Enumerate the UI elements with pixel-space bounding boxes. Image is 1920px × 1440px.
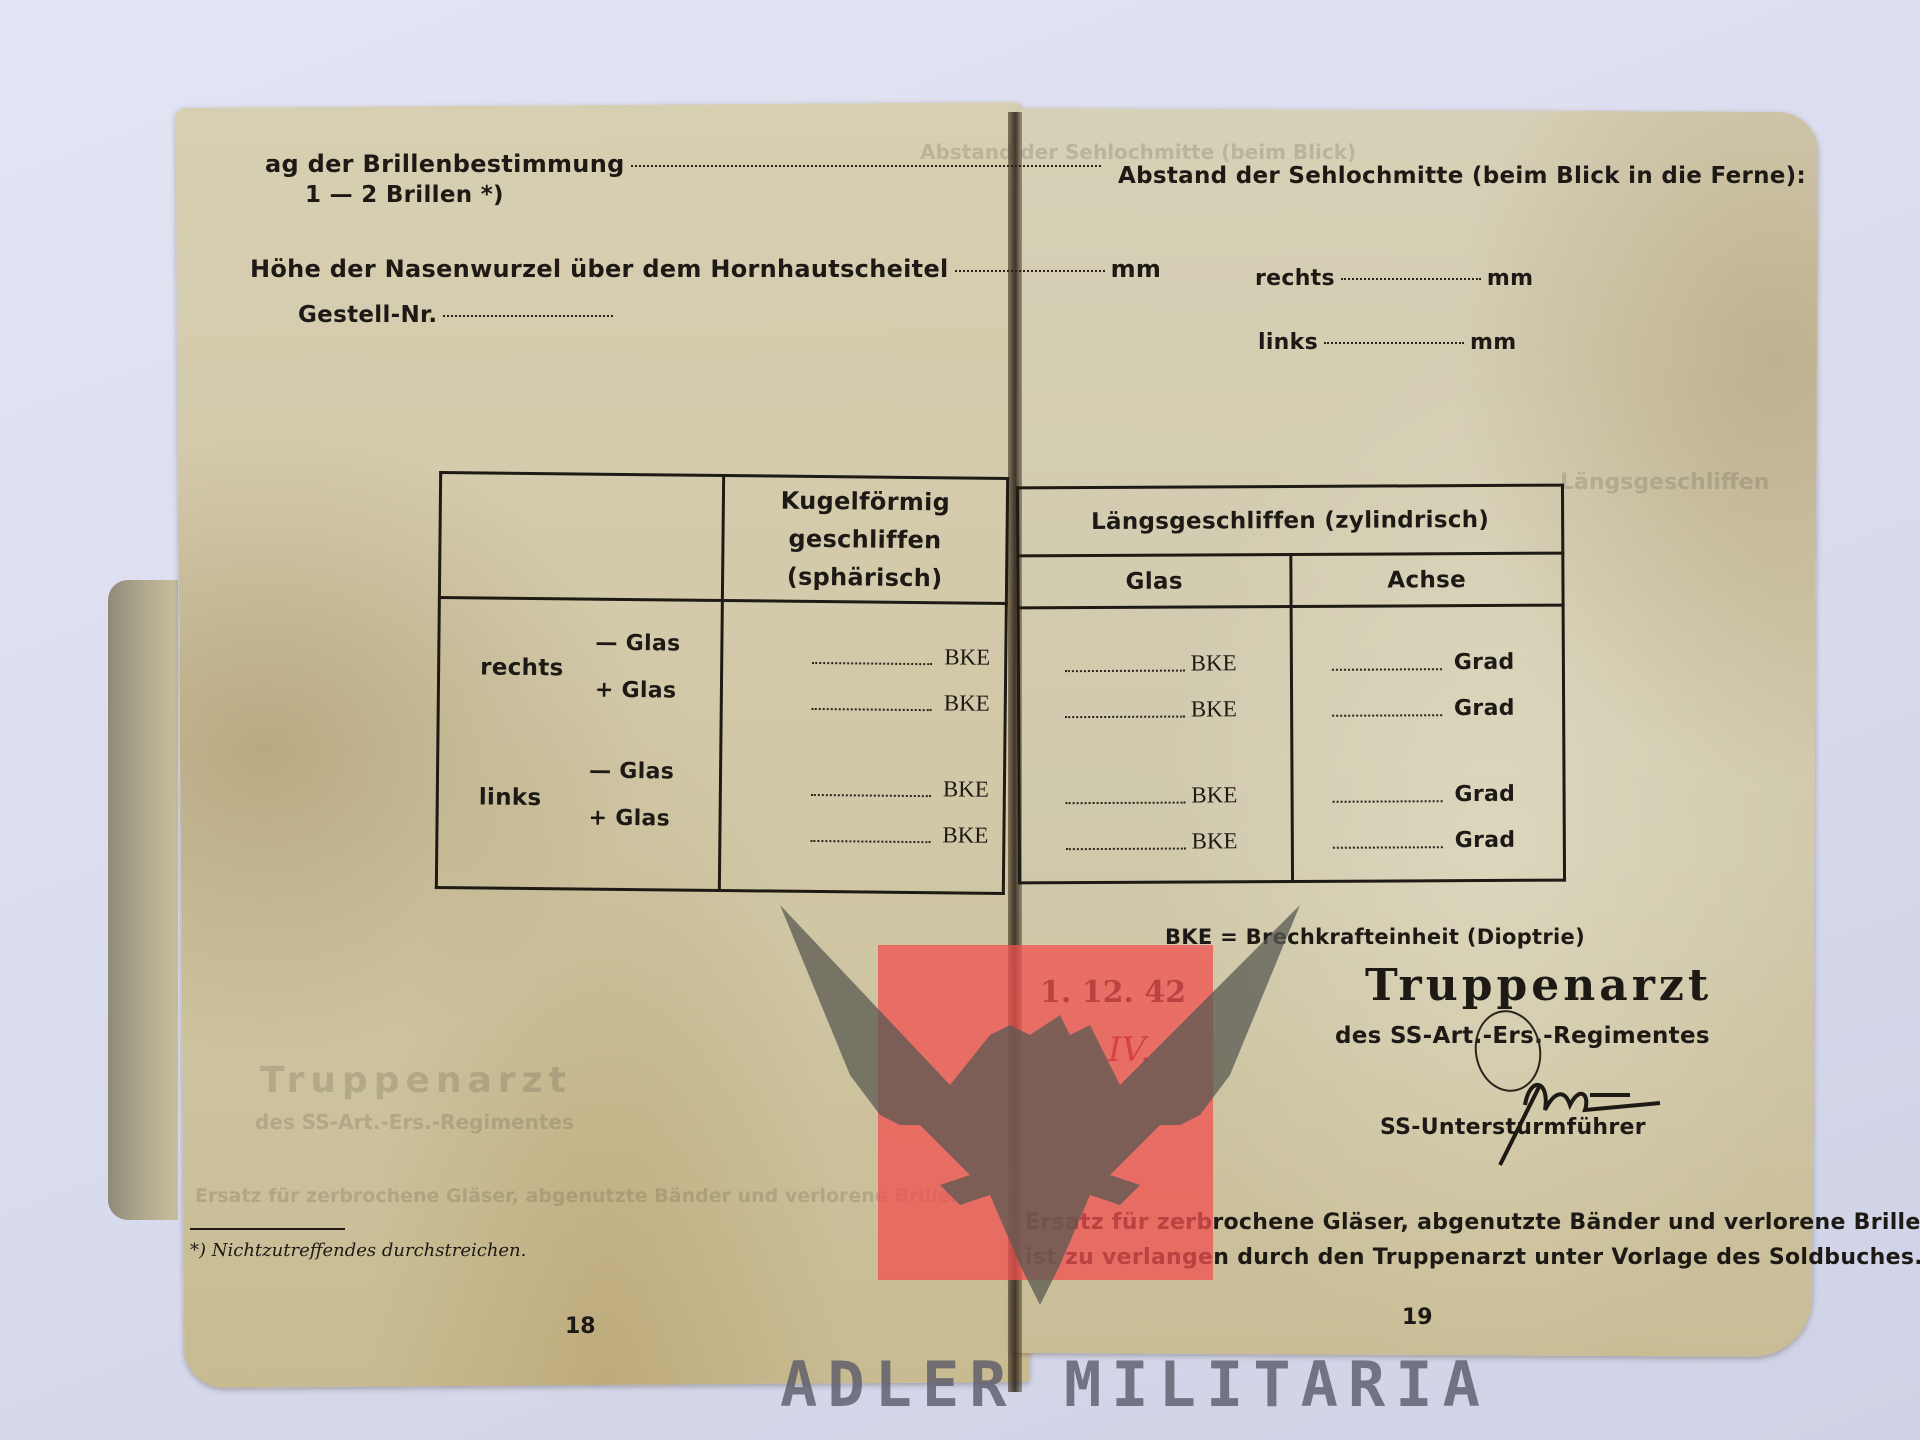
- frame-number-label: Gestell-Nr.: [298, 302, 437, 328]
- footnote: *) Nichtzutreffendes durchstreichen.: [190, 1240, 526, 1261]
- spherical-row: BKE: [722, 754, 1003, 803]
- col-glass-header: Glas: [1018, 555, 1291, 608]
- value-input-line[interactable]: [1066, 848, 1186, 851]
- value-input-line[interactable]: [811, 794, 931, 797]
- side-left-label: links: [479, 784, 542, 811]
- cyl-glass-row: BKE: [1021, 808, 1291, 855]
- prescription-date-label: ag der Brillenbestimmung: [265, 150, 625, 178]
- cyl-axis-row: Grad: [1293, 807, 1563, 854]
- signature-title: Truppenarzt: [1365, 960, 1712, 1011]
- fill-line[interactable]: [1341, 278, 1481, 280]
- minus-glass-label: — Glas: [589, 759, 674, 785]
- frame-number-field: Gestell-Nr.: [298, 302, 619, 328]
- watermark-text: ADLER MILITARIA: [780, 1348, 1490, 1421]
- cyl-axis-row: Grad: [1293, 761, 1563, 808]
- value-input-line[interactable]: [1333, 846, 1443, 849]
- eagle-icon: [760, 885, 1320, 1305]
- cyl-glass-row: BKE: [1020, 630, 1290, 677]
- pupil-distance-right: rechtsmm: [1255, 266, 1533, 291]
- cylindrical-lens-table: Längsgeschliffen (zylindrisch) Glas Achs…: [1016, 484, 1566, 885]
- spherical-values-cell: BKE BKE BKE BKE: [719, 600, 1006, 893]
- unit-mm: mm: [1111, 255, 1162, 283]
- pupil-left-label: links: [1258, 330, 1318, 355]
- pupil-distance-left: linksmm: [1258, 330, 1516, 355]
- unit-mm: mm: [1470, 330, 1516, 355]
- page-number-18: 18: [565, 1314, 596, 1339]
- plus-glass-label: + Glas: [588, 806, 670, 832]
- side-labels-cell: rechts — Glas + Glas links — Glas + Glas: [436, 598, 722, 891]
- pupil-distance-heading: Abstand der Sehlochmitte (beim Blick in …: [1118, 163, 1806, 189]
- nasal-height-label: Höhe der Nasenwurzel über dem Hornhautsc…: [250, 255, 949, 283]
- empty-header-cell: [439, 473, 723, 601]
- worn-page-edge: [108, 580, 178, 1220]
- unit-bke: BKE: [1191, 650, 1237, 676]
- axis-values-cell: Grad Grad Grad Grad: [1291, 605, 1565, 881]
- spherical-row: BKE: [723, 668, 1004, 717]
- spherical-header-title: Kugelförmig geschliffen: [724, 481, 1006, 560]
- unit-bke: BKE: [944, 690, 990, 716]
- unit-bke: BKE: [942, 822, 988, 848]
- spherical-header: Kugelförmig geschliffen (sphärisch): [722, 476, 1007, 604]
- bleed-through-text: Truppenarzt: [260, 1060, 572, 1101]
- glasses-count: 1 — 2 Brillen *): [305, 182, 504, 208]
- spherical-row: BKE: [721, 800, 1002, 849]
- unit-grad: Grad: [1454, 650, 1515, 675]
- value-input-line[interactable]: [1065, 802, 1185, 805]
- value-input-line[interactable]: [812, 708, 932, 711]
- nasal-height-field: Höhe der Nasenwurzel über dem Hornhautsc…: [250, 255, 1161, 283]
- fill-line[interactable]: [955, 270, 1105, 272]
- value-input-line[interactable]: [810, 840, 930, 843]
- open-soldbuch: Abstand der Sehlochmitte (beim Blick) Tr…: [0, 0, 1920, 1440]
- bleed-through-text: Längsgeschliffen: [1560, 470, 1769, 495]
- unit-grad: Grad: [1454, 782, 1515, 807]
- value-input-line[interactable]: [1065, 716, 1185, 719]
- signatory-rank: SS-Untersturmführer: [1380, 1115, 1646, 1140]
- value-input-line[interactable]: [1332, 668, 1442, 671]
- plus-glass-label: + Glas: [595, 678, 677, 704]
- spherical-header-sub: (sphärisch): [724, 557, 1005, 598]
- fill-line[interactable]: [443, 315, 613, 317]
- glass-values-cell: BKE BKE BKE BKE: [1018, 607, 1292, 883]
- page-number-19: 19: [1402, 1305, 1433, 1330]
- unit-bke: BKE: [944, 644, 990, 670]
- pupil-right-label: rechts: [1255, 266, 1335, 291]
- value-input-line[interactable]: [1065, 670, 1185, 673]
- minus-glass-label: — Glas: [595, 631, 680, 657]
- unit-grad: Grad: [1455, 828, 1516, 853]
- unit-grad: Grad: [1454, 696, 1515, 721]
- footnote-rule: [190, 1228, 345, 1230]
- unit-bke: BKE: [1191, 782, 1237, 808]
- cyl-axis-row: Grad: [1292, 629, 1562, 676]
- fill-line[interactable]: [1324, 342, 1464, 344]
- unit-bke: BKE: [943, 776, 989, 802]
- prescription-date-field: ag der Brillenbestimmung: [265, 150, 1107, 178]
- value-input-line[interactable]: [812, 662, 932, 665]
- unit-mm: mm: [1487, 266, 1533, 291]
- value-input-line[interactable]: [1332, 714, 1442, 717]
- value-input-line[interactable]: [1333, 800, 1443, 803]
- side-right-label: rechts: [480, 654, 564, 681]
- unit-bke: BKE: [1191, 696, 1237, 722]
- spherical-row: BKE: [723, 622, 1004, 671]
- fill-line[interactable]: [631, 165, 1101, 167]
- cylindrical-header: Längsgeschliffen (zylindrisch): [1017, 485, 1562, 556]
- spherical-lens-table: Kugelförmig geschliffen (sphärisch) rech…: [435, 471, 1009, 895]
- cyl-axis-row: Grad: [1292, 675, 1562, 722]
- cyl-glass-row: BKE: [1020, 762, 1290, 809]
- bleed-through-text: des SS-Art.-Ers.-Regimentes: [255, 1110, 574, 1134]
- col-axis-header: Achse: [1290, 553, 1563, 606]
- unit-bke: BKE: [1192, 828, 1238, 854]
- cyl-glass-row: BKE: [1020, 676, 1290, 723]
